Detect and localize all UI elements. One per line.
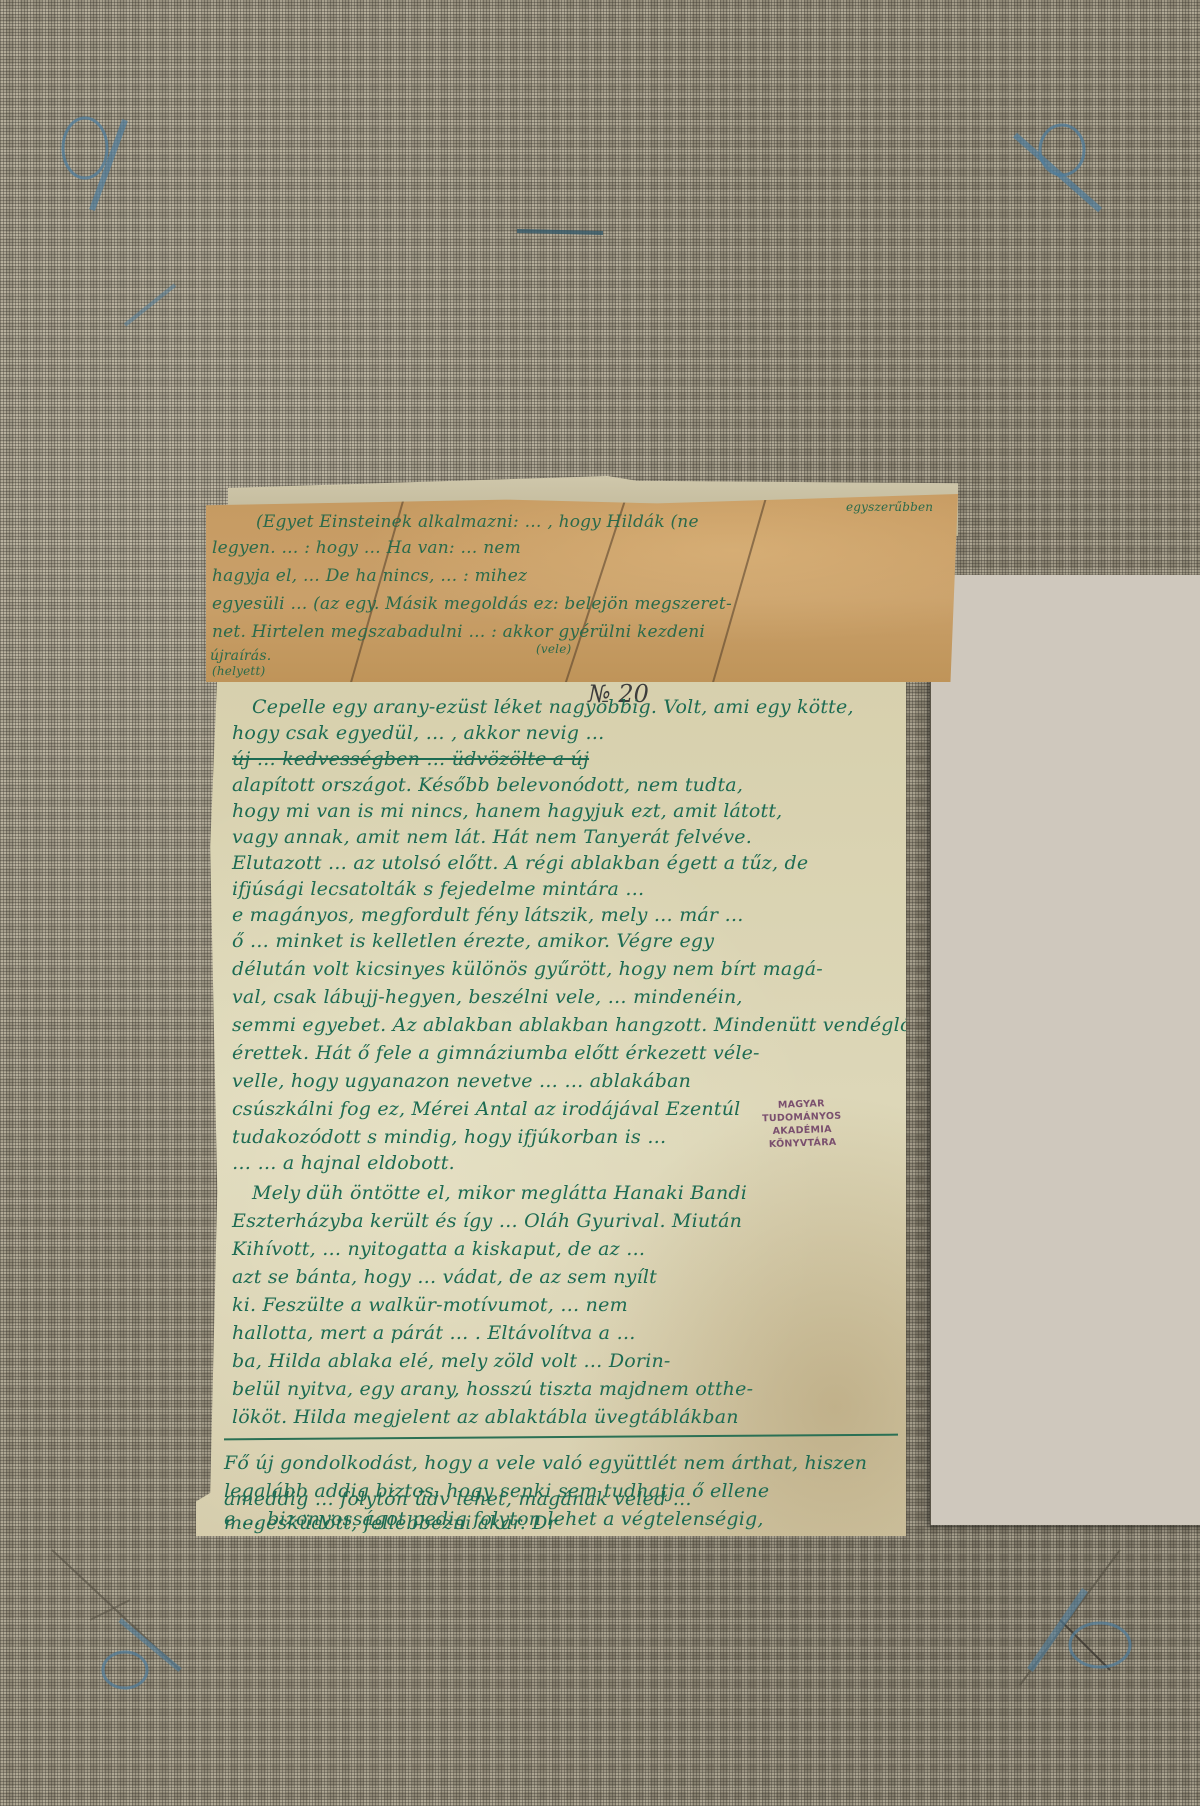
stamp-line-2: TUDOMÁNYOS AKADÉMIA: [748, 1109, 857, 1139]
text-line: hogy csak egyedül, … , akkor nevig …: [232, 722, 605, 744]
text-line: Fő új gondolkodást, hogy a vele való egy…: [224, 1452, 867, 1474]
text-line: ifjúsági lecsatolták s fejedelme mintára…: [232, 878, 644, 900]
corner-mark-top-left: [40, 100, 150, 230]
slip-fold-line: [711, 494, 768, 682]
slip-line: egyesüli … (az egy. Másik megoldás ez: b…: [212, 594, 732, 614]
text-line: alapított országot. Később belevonódott,…: [232, 774, 743, 796]
text-line: hogy mi van is mi nincs, hanem hagyjuk e…: [232, 800, 782, 822]
text-line: … … a hajnal eldobott.: [232, 1152, 455, 1174]
stamp-line-3: KÖNYVTÁRA: [748, 1135, 856, 1152]
corner-mark-top-right: [1000, 110, 1140, 240]
text-line: csúszkálni fog ez, Mérei Antal az irodáj…: [232, 1098, 740, 1120]
margin-note: (vele): [536, 642, 571, 656]
text-line: azt se bánta, hogy … vádat, de az sem ny…: [232, 1266, 657, 1288]
text-line: belül nyitva, egy arany, hosszú tiszta m…: [232, 1378, 753, 1400]
text-line: val, csak lábujj-hegyen, beszélni vele, …: [232, 986, 743, 1008]
slip-line: (helyett): [212, 664, 265, 678]
corner-mark-bottom-left: [40, 1540, 190, 1700]
text-line: ba, Hilda ablaka elé, mely zöld volt … D…: [232, 1350, 671, 1372]
text-line: érettek. Hát ő fele a gimnáziumba előtt …: [232, 1042, 760, 1064]
text-line: Mely düh öntötte el, mikor meglátta Hana…: [252, 1182, 747, 1204]
manuscript-sheet: № 20 Cepelle egy arany-ezüst léket nagyo…: [196, 674, 906, 1536]
text-line: ki. Feszülte a walkür-motívumot, … nem: [232, 1294, 628, 1316]
text-line: Eszterházyba került és így … Oláh Gyuriv…: [232, 1210, 742, 1232]
blank-paper-sheet: [930, 575, 1200, 1525]
slip-line: hagyja el, … De ha nincs, … : mihez: [212, 566, 527, 586]
text-line: semmi egyebet. Az ablakban ablakban hang…: [232, 1014, 923, 1036]
text-line: Kihívott, … nyitogatta a kiskaput, de az…: [232, 1238, 645, 1260]
text-line: megesküdött, fellebbezni akar. Dr: [224, 1512, 557, 1534]
text-line: Cepelle egy arany-ezüst léket nagyobbig.…: [252, 696, 854, 718]
text-line: ő … minket is kelletlen érezte, amikor. …: [232, 930, 714, 952]
section-divider-line: [224, 1434, 898, 1441]
text-line: velle, hogy ugyanazon nevetve … … ablaká…: [232, 1070, 691, 1092]
library-stamp: MAGYAR TUDOMÁNYOS AKADÉMIA KÖNYVTÁRA: [747, 1096, 857, 1152]
text-line: vagy annak, amit nem lát. Hát nem Tanyer…: [232, 826, 752, 848]
pasted-note-slip: egyszerűbben (Egyet Einsteinek alkalmazn…: [206, 494, 958, 682]
text-line: hallotta, mert a párát … . Eltávolítva a…: [232, 1322, 636, 1344]
slip-line: (Egyet Einsteinek alkalmazni: … , hogy H…: [256, 512, 699, 532]
slip-line: net. Hirtelen megszabadulni … : akkor gy…: [212, 622, 705, 642]
text-line: délután volt kicsinyes különös gyűrött, …: [232, 958, 823, 980]
blue-pencil-stroke-side: [120, 280, 180, 330]
text-line: új … kedvességben … üdvözölte a új: [232, 748, 589, 770]
slip-line: újraírás.: [210, 648, 271, 664]
text-line: e magányos, megfordult fény látszik, mel…: [232, 904, 744, 926]
text-line: lököt. Hilda megjelent az ablaktábla üve…: [232, 1406, 739, 1428]
blue-pencil-stroke-top: [515, 222, 605, 232]
margin-note: egyszerűbben: [846, 500, 933, 514]
text-line: tudakozódott s mindig, hogy ifjúkorban i…: [232, 1126, 666, 1148]
text-line: Elutazott … az utolsó előtt. A régi abla…: [232, 852, 808, 874]
slip-line: legyen. … : hogy … Ha van: … nem: [212, 538, 521, 558]
text-line: ameddig … folytón üdv lehet, magának vel…: [224, 1488, 692, 1510]
corner-mark-bottom-right: [1000, 1530, 1150, 1700]
